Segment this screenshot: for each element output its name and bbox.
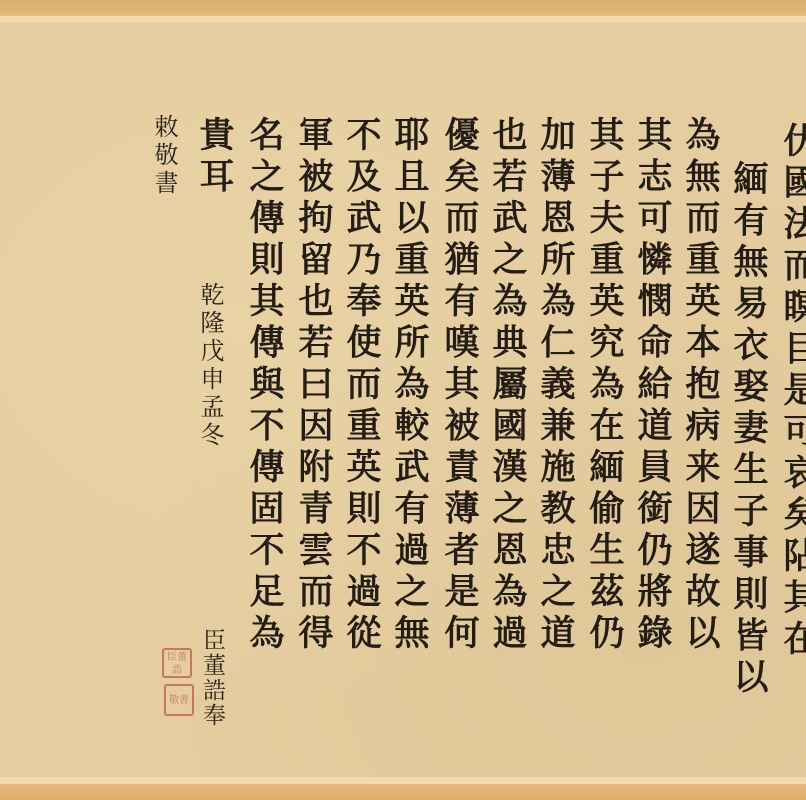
calligraphy-column-4: 其志可憐憫命給道員銜仍將錄 (630, 116, 674, 656)
calligraphy-column-2: 緬有無易衣娶妻生子事則皆以 (726, 160, 770, 700)
calligraphy-column-12: 名之傳則其傳與不傳固不足為 (242, 116, 286, 656)
signature: 臣董誥奉 (198, 628, 226, 728)
date-inscription: 乾隆戊申孟冬 (196, 282, 224, 450)
calligraphy-column-6: 加薄恩所為仁義兼施教忠之道 (533, 116, 577, 656)
seal-text: 敬書 (169, 694, 189, 707)
calligraphy-column-5: 其子夫重英究為在緬偷生茲仍 (582, 116, 626, 656)
calligraphy-column-1: 伏國法而瞑目是可哀矣阽其在 (776, 122, 806, 662)
red-seal-upper: 臣董誥 (162, 648, 192, 678)
scroll-mount-bottom-edge (0, 777, 806, 784)
calligraphy-column-9: 耶且以重英所為較武有過之無 (387, 116, 431, 656)
calligraphy-column-13: 貴耳 (192, 116, 236, 199)
calligraphy-column-11: 軍被拘留也若曰因附青雲而得 (291, 116, 335, 656)
seal-text: 臣董誥 (165, 651, 189, 677)
calligraphy-column-10: 不及武乃奉使而重英則不過從 (339, 116, 383, 656)
red-seal-lower: 敬書 (164, 684, 194, 716)
imperial-order-note: 敕敬書 (150, 114, 178, 198)
calligraphy-column-3: 為無而重英本抱病来因遂故以 (678, 116, 722, 656)
calligraphy-column-7: 也若武之為典屬國漢之恩為過 (485, 116, 529, 656)
calligraphy-column-8: 優矣而猶有嘆其被責薄者是何 (437, 116, 481, 656)
scroll-mount-bottom (0, 784, 806, 800)
scroll-mount-top (0, 0, 806, 16)
